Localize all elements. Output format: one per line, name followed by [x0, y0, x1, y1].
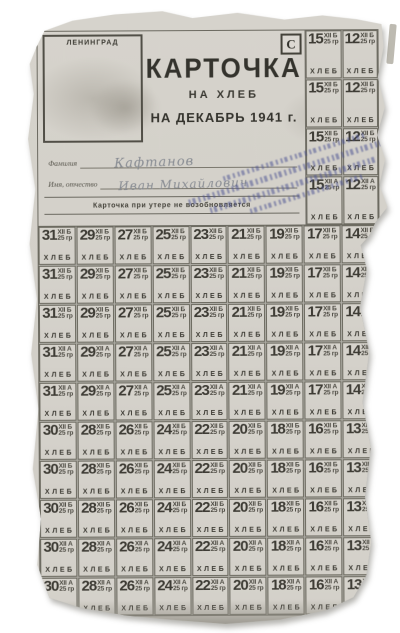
surname-row: Фамилия Кафтанов: [48, 147, 297, 169]
coupon-top-line: 31XII А25 гр: [43, 385, 73, 399]
coupon-top-line: 29XII А25 гр: [80, 385, 110, 399]
coupon-product: ХЛЕБ: [81, 605, 113, 614]
coupon-date: 13: [346, 461, 361, 475]
coupon-date: 31: [42, 346, 57, 360]
coupon-date: 27: [118, 306, 133, 320]
coupon-grams: 25 гр: [285, 235, 300, 241]
coupon-top-line: 31XII Б25 гр: [42, 307, 72, 321]
coupon-month-grams: XII А25 гр: [362, 540, 377, 552]
coupon-top-line: 12XII Б25 гр: [345, 32, 375, 46]
coupon-grams: 25 гр: [249, 547, 264, 553]
bread-coupon: 31XII Б25 грХЛЕБ: [39, 227, 76, 265]
coupon-top-line: 20XII Б25 гр: [232, 462, 262, 476]
coupon-top-line: 14XII А25 гр: [345, 344, 375, 358]
coupon-top-line: 29XII Б25 гр: [80, 307, 110, 321]
coupon-top-line: 27XII А25 гр: [118, 384, 148, 398]
coupon-top-line: 16XII А25 гр: [309, 539, 339, 553]
card-header-section: ЛЕНИНГРАД С КАРТОЧКА НА ХЛЕБ НА ДЕКАБРЬ …: [37, 30, 378, 226]
coupon-date: 15: [309, 179, 324, 193]
bread-coupon: 31XII А25 грХЛЕБ: [39, 344, 76, 382]
bread-coupon: 30XII Б25 грХЛЕБ: [40, 422, 77, 460]
bread-coupon: 23XII А25 грХЛЕБ: [191, 343, 228, 381]
coupon-date: 22: [195, 462, 210, 476]
coupon-top-line: 30XII Б25 гр: [43, 424, 73, 438]
coupon-product: ХЛЕБ: [80, 449, 112, 458]
coupon-grams: 25 гр: [58, 275, 73, 281]
coupon-top-line: 14XII Б25 гр: [345, 305, 375, 319]
coupon-top-line: 21XII Б25 гр: [231, 228, 261, 242]
coupon-date: 17: [307, 227, 322, 241]
coupon-product: ХЛЕБ: [307, 408, 339, 417]
coupon-product: ХЛЕБ: [195, 604, 227, 613]
bread-coupon: 23XII А25 грХЛЕБ: [191, 382, 228, 420]
coupon-date: 26: [119, 501, 134, 515]
coupon-grams: 25 гр: [361, 88, 376, 94]
coupon-grams: 25 гр: [134, 469, 149, 475]
bread-coupon: 26XII Б25 грХЛЕБ: [116, 499, 153, 537]
coupon-product: ХЛЕБ: [42, 449, 74, 458]
bread-coupon: 31XII Б25 грХЛЕБ: [39, 266, 76, 304]
coupon-date: 13: [346, 500, 361, 514]
coupon-month-grams: XII Б25 гр: [285, 307, 300, 319]
coupon-product: ХЛЕБ: [344, 67, 376, 76]
bread-coupon: 23XII Б25 грХЛЕБ: [190, 265, 227, 303]
card-header-left: ЛЕНИНГРАД С КАРТОЧКА НА ХЛЕБ НА ДЕКАБРЬ …: [37, 30, 306, 225]
coupon-date: 26: [119, 579, 134, 593]
coupon-date: 27: [118, 267, 133, 281]
bread-coupon: 28XII А25 грХЛЕБ: [78, 577, 115, 615]
coupon-month-grams: XII Б25 гр: [285, 268, 300, 280]
coupon-product: ХЛЕБ: [157, 604, 189, 613]
coupon-product: ХЛЕБ: [232, 448, 264, 457]
coupon-date: 28: [81, 463, 96, 477]
coupon-top-line: 19XII Б25 гр: [269, 267, 299, 281]
coupon-product: ХЛЕБ: [346, 603, 378, 612]
coupon-date: 30: [43, 463, 58, 477]
coupon-date: 25: [155, 228, 170, 242]
coupon-top-line: 12XII А25 гр: [345, 178, 375, 192]
coupon-grams: 25 гр: [172, 430, 187, 436]
coupon-date: 20: [232, 462, 247, 476]
coupon-grams: 25 гр: [172, 352, 187, 358]
coupon-product: ХЛЕБ: [232, 487, 264, 496]
coupon-product: ХЛЕБ: [269, 331, 301, 340]
coupon-grams: 25 гр: [324, 137, 339, 143]
coupon-month-grams: XII Б25 гр: [210, 424, 225, 436]
coupon-product: ХЛЕБ: [81, 527, 113, 536]
bread-coupon: 27XII Б25 грХЛЕБ: [114, 226, 151, 264]
bread-coupon: 30XII Б25 грХЛЕБ: [40, 461, 77, 499]
coupon-top-line: 16XII Б25 гр: [308, 422, 338, 436]
coupon-grams: 25 гр: [210, 430, 225, 436]
coupon-product: ХЛЕБ: [193, 253, 225, 262]
coupon-date: 30: [44, 580, 59, 594]
coupon-date: 24: [157, 540, 172, 554]
coupon-date: 19: [269, 267, 284, 281]
coupon-month-grams: XII Б25 гр: [58, 308, 73, 320]
coupon-top-line: 19XII Б25 гр: [269, 228, 299, 242]
coupon-month-grams: XII Б25 гр: [134, 307, 149, 319]
bread-coupon: 22XII А25 грХЛЕБ: [192, 538, 229, 576]
coupon-top-line: 17XII Б25 гр: [307, 227, 337, 241]
coupon-top-line: 26XII А25 гр: [119, 540, 149, 554]
bread-coupon: 28XII Б25 грХЛЕБ: [77, 421, 114, 459]
coupon-month-grams: XII А25 гр: [361, 345, 376, 357]
card-frame: ЛЕНИНГРАД С КАРТОЧКА НА ХЛЕБ НА ДЕКАБРЬ …: [36, 29, 381, 617]
coupon-grams: 25 гр: [324, 39, 339, 45]
bread-coupon: 31XII Б25 грХЛЕБ: [39, 305, 76, 343]
coupon-grams: 25 гр: [135, 586, 150, 592]
coupon-month-grams: XII Б25 гр: [135, 502, 150, 514]
bread-coupon: 26XII А25 грХЛЕБ: [116, 538, 153, 576]
coupon-product: ХЛЕБ: [118, 487, 150, 496]
coupon-grams: 25 гр: [248, 391, 263, 397]
coupon-grams: 25 гр: [210, 469, 225, 475]
coupon-product: ХЛЕБ: [156, 409, 188, 418]
coupon-top-line: 17XII Б25 гр: [307, 266, 337, 280]
coupon-date: 15: [309, 130, 324, 144]
coupon-top-line: 20XII Б25 гр: [233, 501, 263, 515]
coupon-month-grams: XII Б25 гр: [286, 424, 301, 436]
bread-coupon: 25XII Б25 грХЛЕБ: [152, 226, 189, 264]
bread-coupon: 28XII А25 грХЛЕБ: [78, 538, 115, 576]
coupon-date: 12: [345, 178, 360, 192]
bread-coupon: 14XII А25 грХЛЕБ: [342, 381, 379, 419]
coupon-product: ХЛЕБ: [270, 604, 302, 613]
coupon-top-line: 15XII Б25 гр: [309, 130, 339, 144]
coupon-grams: 25 гр: [95, 236, 110, 242]
coupon-grams: 25 гр: [247, 313, 262, 319]
coupon-product: ХЛЕБ: [193, 370, 225, 379]
coupon-month-grams: XII Б25 гр: [324, 33, 339, 45]
bread-coupon: 25XII Б25 грХЛЕБ: [153, 304, 190, 342]
coupon-product: ХЛЕБ: [79, 254, 111, 263]
coupon-month-grams: XII Б25 гр: [134, 424, 149, 436]
coupon-month-grams: XII Б25 гр: [285, 229, 300, 241]
bread-coupon: 28XII Б25 грХЛЕБ: [78, 460, 115, 498]
coupon-product: ХЛЕБ: [42, 410, 74, 419]
coupon-month-grams: XII Б25 гр: [248, 424, 263, 436]
coupon-product: ХЛЕБ: [118, 448, 150, 457]
coupon-grams: 25 гр: [96, 275, 111, 281]
bread-coupon: 20XII Б25 грХЛЕБ: [229, 460, 266, 498]
coupon-grams: 25 гр: [324, 390, 339, 396]
coupon-product: ХЛЕБ: [308, 564, 340, 573]
coupon-grams: 25 гр: [286, 547, 301, 553]
coupon-grams: 25 гр: [210, 508, 225, 514]
coupon-product: ХЛЕБ: [156, 487, 188, 496]
coupon-date: 24: [157, 579, 172, 593]
bread-coupon: 25XII Б25 грХЛЕБ: [152, 265, 189, 303]
coupon-date: 20: [233, 579, 248, 593]
coupon-product: ХЛЕБ: [270, 487, 302, 496]
coupon-top-line: 26XII Б25 гр: [119, 423, 149, 437]
coupon-grams: 25 гр: [58, 353, 73, 359]
coupon-grams: 25 гр: [285, 313, 300, 319]
coupon-month-grams: XII Б25 гр: [247, 268, 262, 280]
coupon-grams: 25 гр: [134, 391, 149, 397]
coupon-grams: 25 гр: [59, 509, 74, 515]
coupon-month-grams: XII А25 гр: [286, 385, 301, 397]
bread-coupon: 26XII Б25 грХЛЕБ: [115, 421, 152, 459]
bread-coupon: 20XII А25 грХЛЕБ: [230, 538, 267, 576]
bread-coupon: 20XII Б25 грХЛЕБ: [229, 421, 266, 459]
coupon-top-line: 29XII Б25 гр: [80, 268, 110, 282]
coupon-product: ХЛЕБ: [307, 291, 339, 300]
coupon-product: ХЛЕБ: [270, 526, 302, 535]
coupon-product: ХЛЕБ: [193, 331, 225, 340]
coupon-grams: 25 гр: [285, 274, 300, 280]
coupon-grams: 25 гр: [134, 430, 149, 436]
coupon-month-grams: XII Б25 гр: [95, 230, 110, 242]
coupon-date: 12: [345, 81, 360, 95]
coupon-grams: 25 гр: [325, 186, 340, 192]
coupon-date: 26: [119, 423, 134, 437]
coupon-month-grams: XII Б25 гр: [286, 463, 301, 475]
bread-coupon: 21XII Б25 грХЛЕБ: [228, 265, 265, 303]
bread-coupon: 24XII Б25 грХЛЕБ: [154, 499, 191, 537]
coupon-date: 25: [156, 306, 171, 320]
coupon-product: ХЛЕБ: [79, 293, 111, 302]
bread-coupon: 18XII А25 грХЛЕБ: [268, 576, 305, 614]
coupon-month-grams: XII Б25 гр: [209, 268, 224, 280]
coupon-date: 28: [81, 541, 96, 555]
coupon-top-line: 20XII А25 гр: [233, 540, 263, 554]
coupon-top-line: 27XII Б25 гр: [118, 267, 148, 281]
coupon-month-grams: XII А25 гр: [172, 385, 187, 397]
coupon-top-line: 29XII Б25 гр: [80, 229, 110, 243]
coupon-top-line: 21XII А25 гр: [232, 384, 262, 398]
coupon-top-line: 21XII Б25 гр: [232, 306, 262, 320]
bread-coupon: 26XII А25 грХЛЕБ: [116, 577, 153, 615]
coupon-date: 18: [270, 423, 285, 437]
bread-coupon: 15XII А25 грХЛЕБ: [306, 177, 342, 225]
coupon-month-grams: XII Б25 гр: [96, 269, 111, 281]
coupon-top-line: 26XII А25 гр: [119, 579, 149, 593]
coupon-grams: 25 гр: [324, 88, 339, 94]
coupon-month-grams: XII А25 гр: [97, 542, 112, 554]
bread-coupon: 15XII Б25 грХЛЕБ: [306, 79, 342, 127]
bread-coupon: 18XII Б25 грХЛЕБ: [267, 498, 304, 536]
coupon-top-line: 14XII А25 гр: [346, 383, 376, 397]
coupon-top-line: 30XII Б25 гр: [43, 502, 73, 516]
coupon-grams: 25 гр: [361, 351, 376, 357]
coupon-top-line: 18XII Б25 гр: [270, 462, 300, 476]
coupon-date: 23: [194, 345, 209, 359]
bread-coupon: 28XII Б25 грХЛЕБ: [78, 499, 115, 537]
header-row: ЛЕНИНГРАД С КАРТОЧКА НА ХЛЕБ НА ДЕКАБРЬ …: [37, 30, 305, 143]
coupon-date: 20: [233, 540, 248, 554]
coupon-date: 14: [345, 305, 360, 319]
coupon-month-grams: XII Б25 гр: [210, 463, 225, 475]
coupon-date: 19: [270, 384, 285, 398]
coupon-product: ХЛЕБ: [232, 526, 264, 535]
coupon-product: ХЛЕБ: [155, 292, 187, 301]
coupon-month-grams: XII А25 гр: [59, 581, 74, 593]
bread-coupon: 22XII Б25 грХЛЕБ: [191, 499, 228, 537]
coupon-product: ХЛЕБ: [81, 566, 113, 575]
coupon-top-line: 12XII Б25 гр: [345, 130, 375, 144]
coupon-grams: 25 гр: [59, 587, 74, 593]
coupon-product: ХЛЕБ: [80, 488, 112, 497]
coupon-month-letter: XII Б: [361, 306, 376, 312]
coupon-date: 26: [119, 462, 134, 476]
coupon-product: ХЛЕБ: [231, 409, 263, 418]
coupon-grams: 25 гр: [97, 470, 112, 476]
coupon-date: 16: [308, 500, 323, 514]
coupon-month-grams: XII Б25 гр: [360, 82, 375, 94]
coupon-product: ХЛЕБ: [269, 292, 301, 301]
coupon-grams: 25 гр: [361, 390, 376, 396]
coupon-date: 19: [269, 306, 284, 320]
coupon-top-line: 17XII А25 гр: [308, 344, 338, 358]
coupon-product: ХЛЕБ: [119, 565, 151, 574]
coupon-top-line: 27XII Б25 гр: [118, 228, 148, 242]
coupon-top-line: 16XII Б25 гр: [308, 461, 338, 475]
coupon-month-grams: XII А25 гр: [58, 386, 73, 398]
coupon-grams: 25 гр: [360, 39, 375, 45]
coupon-top-line: 15XII А25 гр: [309, 179, 339, 193]
bread-coupon: 15XII Б25 грХЛЕБ: [306, 128, 342, 176]
coupon-top-line: 30XII А25 гр: [43, 541, 73, 555]
coupon-grams: 25 гр: [173, 586, 188, 592]
coupon-date: 16: [309, 578, 324, 592]
coupon-grams: 25 гр: [211, 547, 226, 553]
coupon-product: ХЛЕБ: [194, 487, 226, 496]
coupon-date: 12: [345, 32, 360, 46]
bread-coupon: 30XII А25 грХЛЕБ: [40, 539, 77, 577]
coupon-date: 13: [346, 539, 361, 553]
bread-coupon: 16XII Б25 грХЛЕБ: [305, 420, 342, 458]
coupon-product: ХЛЕБ: [119, 604, 151, 613]
coupon-month-grams: XII Б25 гр: [247, 307, 262, 319]
coupon-date: 28: [81, 502, 96, 516]
coupon-grams: 25 гр: [324, 429, 339, 435]
coupon-grams: 25 гр: [247, 235, 262, 241]
coupon-top-line: 28XII А25 гр: [81, 580, 111, 594]
coupon-month-grams: XII Б25 гр: [362, 423, 377, 435]
bread-coupon: 16XII Б25 грХЛЕБ: [305, 498, 342, 536]
photo-box: ЛЕНИНГРАД: [43, 34, 144, 143]
coupon-date: 24: [157, 501, 172, 515]
coupon-top-line: 22XII А25 гр: [195, 579, 225, 593]
coupon-top-line: 14XII Б25 гр: [345, 227, 375, 241]
photo-of-ration-card: ЛЕНИНГРАД С КАРТОЧКА НА ХЛЕБ НА ДЕКАБРЬ …: [0, 0, 400, 633]
coupon-month-grams: XII Б25 гр: [172, 307, 187, 319]
coupon-grams: 25 гр: [324, 468, 339, 474]
bread-coupon: 14XII А25 грХЛЕБ: [342, 342, 379, 380]
coupon-month-grams: XII А25 гр: [323, 345, 338, 357]
coupon-grams: 25 гр: [324, 546, 339, 552]
bread-coupon: 25XII А25 грХЛЕБ: [153, 382, 190, 420]
coupon-top-line: 18XII А25 гр: [271, 540, 301, 554]
coupon-product: ХЛЕБ: [79, 332, 111, 341]
coupon-product: ХЛЕБ: [194, 409, 226, 418]
coupon-grams: 25 гр: [248, 352, 263, 358]
coupon-date: 14: [345, 266, 360, 280]
coupon-month-grams: XII Б25 гр: [58, 269, 73, 281]
coupon-product: ХЛЕБ: [308, 213, 340, 222]
bread-coupon: 22XII А25 грХЛЕБ: [192, 577, 229, 615]
coupon-date: 17: [308, 344, 323, 358]
bread-coupon: 20XII Б25 грХЛЕБ: [229, 499, 266, 537]
product-line: НА ХЛЕБ: [143, 88, 305, 101]
coupon-grams: 25 гр: [211, 586, 226, 592]
coupon-month-grams: XII Б25 гр: [133, 268, 148, 280]
coupon-date: 29: [80, 229, 95, 243]
holder-fields: Фамилия Кафтанов Имя, отчество Иван Миха…: [48, 147, 297, 190]
coupon-date: 18: [271, 501, 286, 515]
coupon-month-grams: XII Б25 гр: [171, 229, 186, 241]
coupon-grams: 25 гр: [171, 235, 186, 241]
bread-coupon: 12XII А25 грХЛЕБ: [343, 176, 379, 224]
coupon-product: ХЛЕБ: [308, 67, 340, 76]
coupon-date: 30: [43, 424, 58, 438]
coupon-product: ХЛЕБ: [346, 564, 378, 573]
coupon-grams: 25 гр: [96, 392, 111, 398]
coupon-date: 31: [42, 229, 57, 243]
coupon-top-line: 20XII А25 гр: [233, 579, 263, 593]
coupon-grams: 25 гр: [96, 431, 111, 437]
bread-coupon: 19XII А25 грХЛЕБ: [266, 343, 303, 381]
coupon-top-line: 22XII А25 гр: [195, 540, 225, 554]
coupon-top-line: 28XII А25 гр: [81, 541, 111, 555]
coupon-month-grams: XII А25 гр: [361, 179, 376, 191]
coupon-month-grams: XII Б25 гр: [96, 425, 111, 437]
coupon-month-grams: XII А25 гр: [134, 385, 149, 397]
bread-coupon: 21XII Б25 грХЛЕБ: [228, 226, 265, 264]
coupon-product: ХЛЕБ: [308, 525, 340, 534]
coupon-top-line: 15XII Б25 гр: [308, 32, 338, 46]
coupon-top-line: 13XII Б25 гр: [346, 461, 376, 475]
bread-coupon: 12XII Б25 грХЛЕБ: [343, 128, 379, 176]
coupon-top-line: 13XII А25 гр: [347, 578, 377, 592]
coupon-top-line: 15XII Б25 гр: [308, 81, 338, 95]
coupon-date: 20: [233, 501, 248, 515]
coupon-grams: 25 гр: [172, 469, 187, 475]
bread-coupon: 21XII А25 грХЛЕБ: [229, 343, 266, 381]
coupon-grams: 25 гр: [248, 508, 263, 514]
coupon-month-grams: XII Б25 гр: [172, 463, 187, 475]
bread-coupon: 29XII Б25 грХЛЕБ: [77, 265, 114, 303]
bread-coupon: 20XII А25 грХЛЕБ: [230, 577, 267, 615]
bread-coupon: 27XII Б25 грХЛЕБ: [115, 304, 152, 342]
coupon-grams: 25 гр: [96, 314, 111, 320]
coupon-month-grams: XII А25 гр: [58, 347, 73, 359]
coupon-top-line: 22XII Б25 гр: [195, 501, 225, 515]
loss-notice: Карточка при утере не возобновляется: [44, 197, 299, 214]
coupon-product: ХЛЕБ: [117, 292, 149, 301]
coupon-grams: 25 гр: [286, 508, 301, 514]
coupon-product: ХЛЕБ: [155, 331, 187, 340]
coupon-month-grams: XII Б25 гр: [323, 228, 338, 240]
coupon-product: ХЛЕБ: [43, 566, 75, 575]
coupon-top-line: 16XII А25 гр: [309, 578, 339, 592]
coupon-date: 13: [347, 578, 362, 592]
coupon-product: ХЛЕБ: [42, 488, 74, 497]
coupon-month-grams: XII А25 гр: [96, 347, 111, 359]
coupon-date: 18: [271, 540, 286, 554]
coupon-month-grams: XII Б25 гр: [361, 306, 376, 318]
coupon-month-grams: XII Б25 гр: [97, 464, 112, 476]
coupon-date: 18: [270, 462, 285, 476]
coupon-top-line: 22XII Б25 гр: [195, 462, 225, 476]
coupon-month-grams: XII Б25 гр: [247, 229, 262, 241]
coupon-top-line: 12XII Б25 гр: [345, 81, 375, 95]
coupon-grams: 25 гр: [287, 586, 302, 592]
bread-coupon: 19XII Б25 грХЛЕБ: [266, 304, 303, 342]
coupon-top-line: 18XII Б25 гр: [271, 501, 301, 515]
